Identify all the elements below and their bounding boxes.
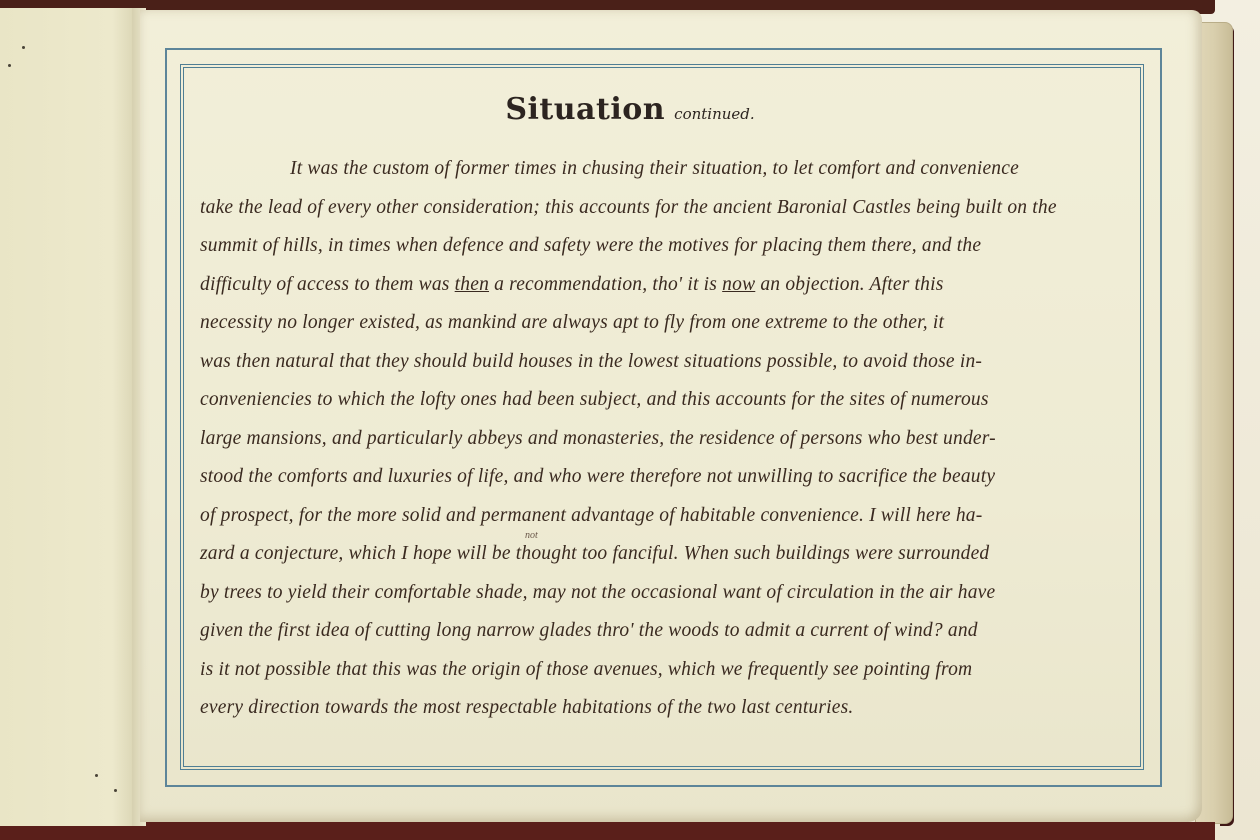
title-main: Situation <box>505 92 665 127</box>
text-span: an objection. After this <box>755 274 943 295</box>
left-page <box>0 8 133 826</box>
text-line: zard a conjecture, which I hope will be … <box>200 535 1130 574</box>
text-line: every direction towards the most respect… <box>200 689 1130 728</box>
text-line: necessity no longer existed, as mankind … <box>200 304 1130 343</box>
text-line: take the lead of every other considerati… <box>200 189 1130 228</box>
paper-spot <box>95 774 98 777</box>
text-line: of prospect, for the more solid and perm… <box>200 497 1130 536</box>
text-line: summit of hills, in times when defence a… <box>200 227 1130 266</box>
book-cover-bottom-edge <box>0 822 1215 840</box>
text-line: It was the custom of former times in chu… <box>200 150 1130 189</box>
text-line: large mansions, and particularly abbeys … <box>200 420 1130 459</box>
text-span: difficulty of access to them was <box>200 274 455 295</box>
underlined-word-then: then <box>455 274 489 295</box>
text-line: given the first idea of cutting long nar… <box>200 612 1130 651</box>
text-line: stood the comforts and luxuries of life,… <box>200 458 1130 497</box>
text-line: by trees to yield their comfortable shad… <box>200 574 1130 613</box>
paper-spot <box>22 46 25 49</box>
paper-spot <box>8 64 11 67</box>
text-span: a recommendation, tho' it is <box>489 274 722 295</box>
text-line: difficulty of access to them was then a … <box>200 266 1130 305</box>
text-line: was then natural that they should build … <box>200 343 1130 382</box>
manuscript-body: It was the custom of former times in chu… <box>200 150 1130 728</box>
underlined-word-now: now <box>722 274 755 295</box>
text-line: is it not possible that this was the ori… <box>200 651 1130 690</box>
page-title: Situation continued. <box>0 92 1260 127</box>
paper-spot <box>114 789 117 792</box>
text-line: conveniencies to which the lofty ones ha… <box>200 381 1130 420</box>
title-suffix: continued. <box>674 105 755 123</box>
